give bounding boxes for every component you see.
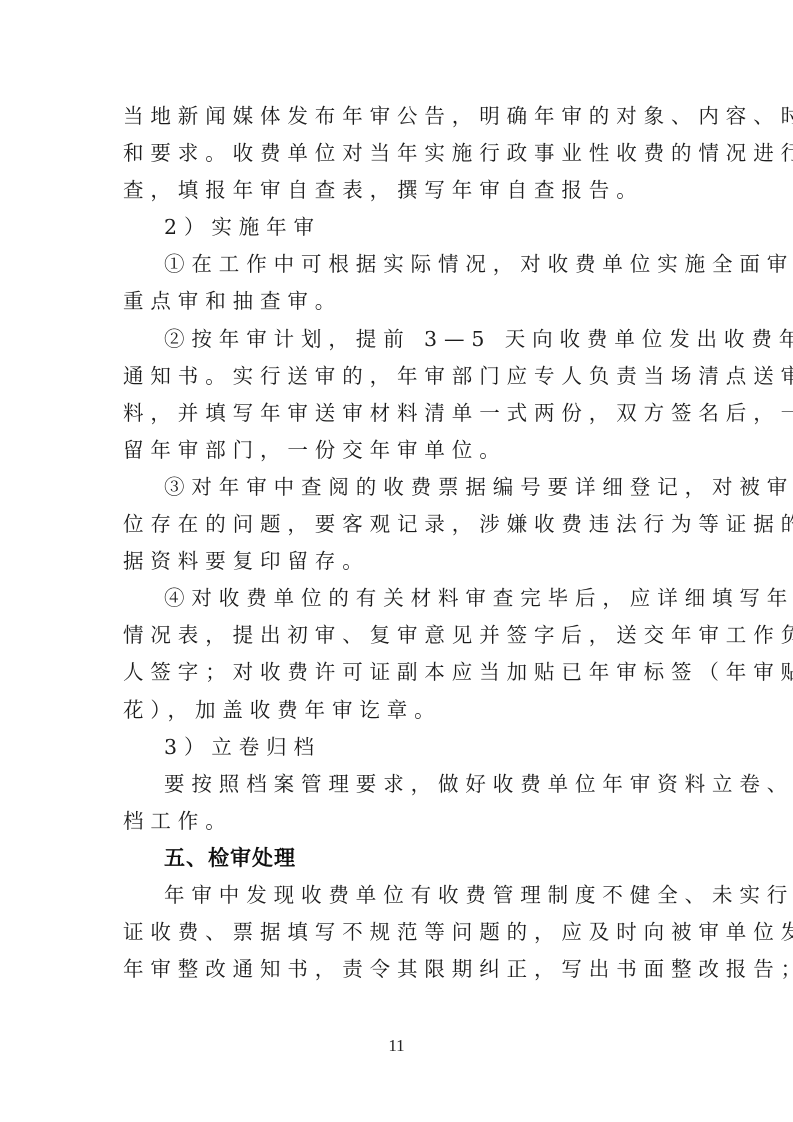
text-line: 据资料要复印留存。 — [123, 543, 683, 580]
list-item-2: ②按年审计划，提前 3—5 天向收费单位发出收费年审 — [123, 321, 683, 358]
subheading-archive: 3）立卷归档 — [123, 729, 683, 766]
text-line: 查，填报年审自查表，撰写年审自查报告。 — [123, 172, 683, 209]
text-line: 年审中发现收费单位有收费管理制度不健全、未实行亮 — [123, 877, 683, 914]
text-line: 留年审部门，一份交年审单位。 — [123, 432, 683, 469]
document-page: 当地新闻媒体发布年审公告，明确年审的对象、内容、时间 和要求。收费单位对当年实施… — [0, 0, 793, 1122]
list-item-1: ①在工作中可根据实际情况，对收费单位实施全面审、 — [123, 246, 683, 283]
text-line: 要按照档案管理要求，做好收费单位年审资料立卷、归 — [123, 766, 683, 803]
text-line: 花），加盖收费年审讫章。 — [123, 692, 683, 729]
text-line: 档工作。 — [123, 803, 683, 840]
list-item-4: ④对收费单位的有关材料审查完毕后，应详细填写年审 — [123, 580, 683, 617]
list-item-3: ③对年审中查阅的收费票据编号要详细登记，对被审单 — [123, 469, 683, 506]
text-line: 情况表，提出初审、复审意见并签字后，送交年审工作负责 — [123, 617, 683, 654]
text-line: 年审整改通知书，责令其限期纠正，写出书面整改报告；涉 — [123, 951, 683, 988]
text-line: 料，并填写年审送审材料清单一式两份，双方签名后，一份 — [123, 395, 683, 432]
page-number: 11 — [0, 1036, 793, 1056]
text-line: 重点审和抽查审。 — [123, 283, 683, 320]
text-line: 证收费、票据填写不规范等问题的，应及时向被审单位发出 — [123, 914, 683, 951]
section-heading: 五、检审处理 — [123, 840, 683, 877]
document-body: 当地新闻媒体发布年审公告，明确年审的对象、内容、时间 和要求。收费单位对当年实施… — [123, 98, 683, 988]
text-line: 人签字；对收费许可证副本应当加贴已年审标签（年审贴 — [123, 654, 683, 691]
text-line: 和要求。收费单位对当年实施行政事业性收费的情况进行自 — [123, 135, 683, 172]
subheading-implement-review: 2）实施年审 — [123, 209, 683, 246]
text-line: 位存在的问题，要客观记录，涉嫌收费违法行为等证据的票 — [123, 506, 683, 543]
text-line: 通知书。实行送审的，年审部门应专人负责当场清点送审材 — [123, 358, 683, 395]
text-line: 当地新闻媒体发布年审公告，明确年审的对象、内容、时间 — [123, 98, 683, 135]
